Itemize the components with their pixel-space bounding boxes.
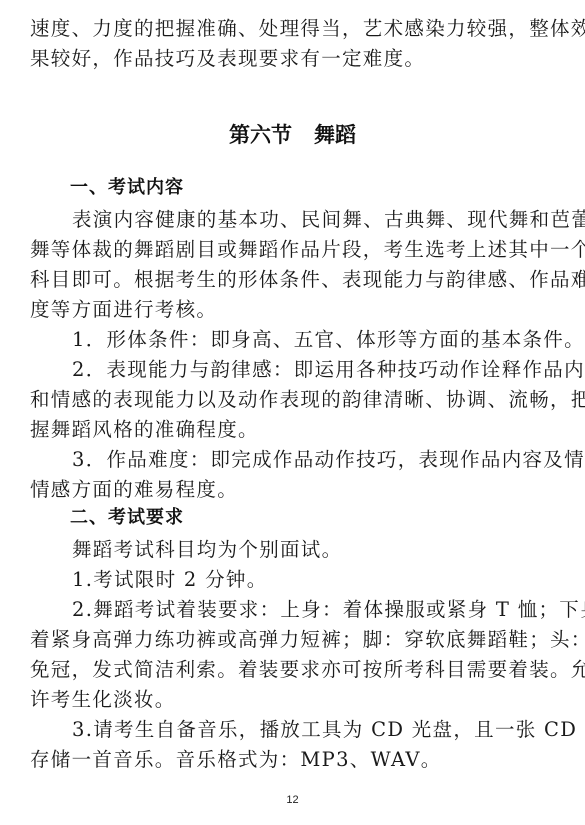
requirement-item-2-line-1: 2.舞蹈考试着装要求：上身：着体操服或紧身 T 恤；下身： <box>72 595 556 625</box>
content-item-3-line-2: 情感方面的难易程度。 <box>30 475 556 505</box>
intro-line-1: 速度、力度的把握准确、处理得当，艺术感染力较强，整体效 <box>30 14 556 44</box>
content-item-2-line-3: 握舞蹈风格的准确程度。 <box>30 415 556 445</box>
section-title-name: 舞蹈 <box>314 123 356 147</box>
heading-exam-content: 一、考试内容 <box>70 173 184 203</box>
requirement-item-3-line-2: 存储一首音乐。音乐格式为：MP3、WAV。 <box>30 745 556 775</box>
requirement-item-2-line-2: 着紧身高弹力练功裤或高弹力短裤；脚：穿软底舞蹈鞋；头： <box>30 625 556 655</box>
requirement-item-1-line-1: 1.考试限时 2 分钟。 <box>72 565 556 595</box>
requirements-intro: 舞蹈考试科目均为个别面试。 <box>72 535 556 565</box>
content-item-1-line-1: 1．形体条件：即身高、五官、体形等方面的基本条件。 <box>72 325 556 355</box>
section-title-number: 第六节 <box>229 123 292 147</box>
requirement-item-3-line-1: 3.请考生自备音乐，播放工具为 CD 光盘，且一张 CD 光盘 <box>72 715 556 745</box>
heading-exam-requirements: 二、考试要求 <box>70 503 184 533</box>
section-title: 第六节舞蹈 <box>0 120 585 150</box>
content-para-line-2: 舞等体裁的舞蹈剧目或舞蹈作品片段，考生选考上述其中一个 <box>30 235 556 265</box>
content-para-line-4: 度等方面进行考核。 <box>30 295 556 325</box>
content-item-2-line-1: 2．表现能力与韵律感：即运用各种技巧动作诠释作品内容 <box>72 355 556 385</box>
document-page: 速度、力度的把握准确、处理得当，艺术感染力较强，整体效 果较好，作品技巧及表现要… <box>0 0 585 825</box>
requirement-item-2-line-3: 免冠，发式简洁利索。着装要求亦可按所考科目需要着装。允 <box>30 655 556 685</box>
content-item-3-line-1: 3．作品难度：即完成作品动作技巧，表现作品内容及情绪 <box>72 445 556 475</box>
content-para-line-1: 表演内容健康的基本功、民间舞、古典舞、现代舞和芭蕾 <box>72 205 556 235</box>
content-item-2-line-2: 和情感的表现能力以及动作表现的韵律清晰、协调、流畅，把 <box>30 385 556 415</box>
page-number: 12 <box>0 794 585 806</box>
content-para-line-3: 科目即可。根据考生的形体条件、表现能力与韵律感、作品难 <box>30 265 556 295</box>
intro-line-2: 果较好，作品技巧及表现要求有一定难度。 <box>30 44 556 74</box>
requirement-item-2-line-4: 许考生化淡妆。 <box>30 685 556 715</box>
